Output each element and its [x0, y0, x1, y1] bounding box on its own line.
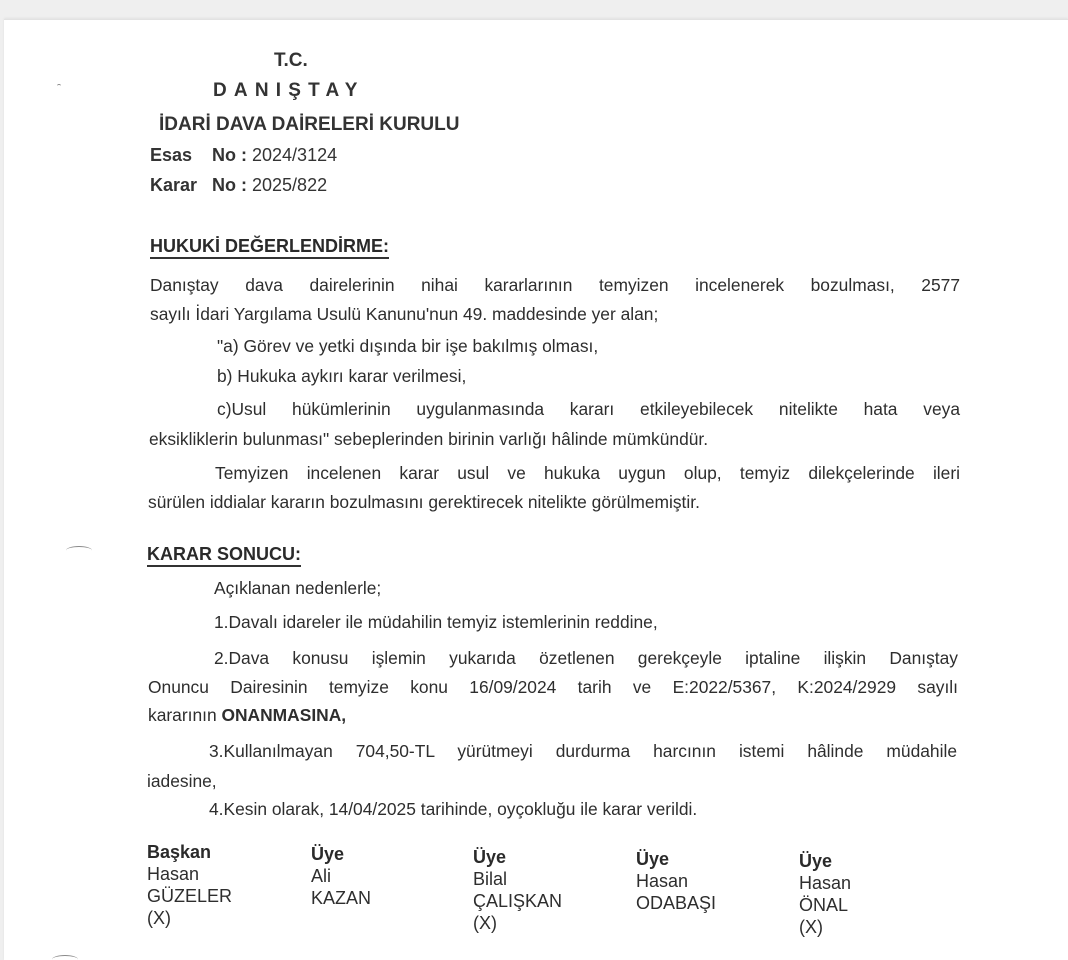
signatory-first-name: Hasan: [799, 872, 851, 894]
case-no-label: No :: [212, 145, 247, 165]
decision-heading: KARAR SONUCU:: [147, 544, 301, 567]
signatory-first-name: Hasan: [636, 870, 716, 892]
case-number-karar: KararNo : 2025/822: [150, 175, 327, 196]
punch-hole-mark: [52, 955, 78, 960]
court-name: DANIŞTAY: [213, 80, 365, 102]
signatory-dissent-mark: (X): [799, 916, 851, 938]
board-name: İDARİ DAVA DAİRELERİ KURULU: [159, 114, 459, 136]
decision-item-2-line: 2.Dava konusu işlemin yukarıda özetlenen…: [214, 648, 958, 669]
signatory-first-name: Ali: [311, 865, 371, 887]
republic-abbreviation: T.C.: [274, 50, 308, 72]
case-no-label: No :: [212, 175, 247, 195]
signatory-first-name: Bilal: [473, 868, 562, 890]
signatory-member: Üye Hasan ÖNAL (X): [799, 850, 851, 938]
signatory-last-name: GÜZELER: [147, 885, 232, 907]
signatory-role: Üye: [473, 846, 562, 868]
signatory-member: Üye Bilal ÇALIŞKAN (X): [473, 846, 562, 934]
signatory-president: Başkan Hasan GÜZELER (X): [147, 841, 232, 929]
paragraph-line: eksikliklerin bulunması" sebeplerinden b…: [149, 429, 708, 450]
signatory-last-name: ODABAŞI: [636, 892, 716, 914]
paragraph-line: "a) Görev ve yetki dışında bir işe bakıl…: [217, 336, 598, 357]
decision-item-1: 1.Davalı idareler ile müdahilin temyiz i…: [214, 612, 658, 633]
signatory-last-name: ÖNAL: [799, 894, 851, 916]
signatory-role: Başkan: [147, 841, 232, 863]
signatory-last-name: ÇALIŞKAN: [473, 890, 562, 912]
decision-text: kararının: [148, 705, 221, 725]
signatory-member: Üye Ali KAZAN: [311, 843, 371, 909]
paragraph-line: sürülen iddialar kararın bozulmasını ger…: [148, 492, 700, 513]
case-number-esas: EsasNo : 2024/3124: [150, 145, 337, 166]
paragraph-line: sayılı İdari Yargılama Usulü Kanunu'nun …: [150, 304, 658, 325]
document-page: T.C. DANIŞTAY İDARİ DAVA DAİRELERİ KURUL…: [4, 19, 1068, 960]
case-number-value: 2025/822: [252, 175, 327, 195]
case-number-value: 2024/3124: [252, 145, 337, 165]
case-number-label: Karar: [150, 175, 212, 196]
signatory-role: Üye: [311, 843, 371, 865]
signatory-dissent-mark: (X): [473, 912, 562, 934]
decision-item-2-line: kararının ONANMASINA,: [148, 705, 346, 726]
signatory-dissent-mark: (X): [147, 907, 232, 929]
decision-item-3-line: iadesine,: [147, 771, 217, 792]
paragraph-line: b) Hukuka aykırı karar verilmesi,: [217, 366, 466, 387]
decision-intro: Açıklanan nedenlerle;: [214, 578, 381, 599]
decision-item-2-line: Onuncu Dairesinin temyize konu 16/09/202…: [148, 677, 958, 698]
decision-verdict: ONANMASINA,: [221, 705, 346, 725]
scan-speck: [57, 84, 61, 88]
signatory-member: Üye Hasan ODABAŞI: [636, 848, 716, 914]
signatory-last-name: KAZAN: [311, 887, 371, 909]
legal-assessment-heading: HUKUKİ DEĞERLENDİRME:: [150, 236, 389, 259]
paragraph-line: Temyizen incelenen karar usul ve hukuka …: [215, 463, 960, 484]
paragraph-line: c)Usul hükümlerinin uygulanmasında karar…: [217, 399, 960, 420]
paragraph-line: Danıştay dava dairelerinin nihai kararla…: [150, 275, 960, 296]
signatory-first-name: Hasan: [147, 863, 232, 885]
punch-hole-mark: [66, 546, 92, 555]
signatory-role: Üye: [636, 848, 716, 870]
signatory-role: Üye: [799, 850, 851, 872]
decision-item-4: 4.Kesin olarak, 14/04/2025 tarihinde, oy…: [209, 799, 697, 820]
decision-item-3-line: 3.Kullanılmayan 704,50-TL yürütmeyi durd…: [209, 741, 957, 762]
case-number-label: Esas: [150, 145, 212, 166]
